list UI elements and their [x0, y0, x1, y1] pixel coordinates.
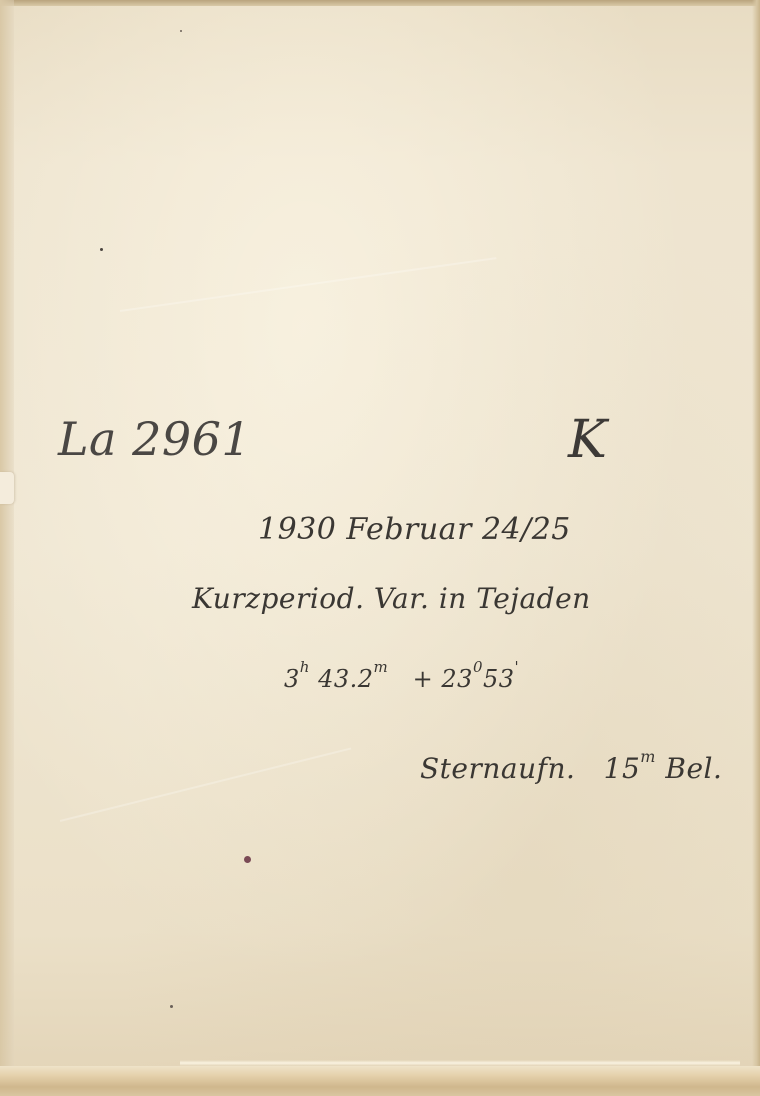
left-edge: [0, 0, 14, 1096]
ink-spot: [244, 856, 251, 863]
exposure-note: Bel.: [665, 752, 722, 785]
dec-sign: +: [413, 665, 434, 693]
date-line: 1930 Februar 24/25: [258, 512, 571, 547]
exposure-duration-unit: m: [640, 747, 656, 766]
ra-hours: 3: [284, 665, 300, 693]
exposure-duration: 15: [604, 752, 641, 785]
paper-crease: [60, 747, 352, 822]
catalog-id-text: La 2961: [58, 412, 251, 466]
dec-degrees: 23: [441, 665, 473, 693]
speck: [100, 248, 103, 251]
speck: [170, 1005, 173, 1008]
object-line: Kurzperiod. Var. in Tejaden: [192, 582, 591, 615]
document-sheet: La 2961 K 1930 Februar 24/25 Kurzperiod.…: [0, 0, 760, 1096]
speck: [180, 30, 182, 32]
ra-minutes: 43.2: [318, 665, 373, 693]
class-mark: K: [568, 410, 607, 470]
ra-minutes-unit: m: [374, 658, 389, 676]
top-edge: [0, 0, 760, 6]
dec-minutes-unit: ': [515, 658, 520, 676]
bottom-fold: [0, 1066, 760, 1096]
dec-degrees-unit: 0: [473, 658, 483, 676]
coordinates-line: 3h 43.2m + 23053': [284, 664, 519, 693]
exposure-line: Sternaufn. 15m Bel.: [420, 752, 722, 785]
exposure-label: Sternaufn.: [420, 752, 575, 785]
dec-minutes: 53: [483, 665, 515, 693]
right-edge: [752, 0, 760, 1096]
ra-hours-unit: h: [300, 658, 310, 676]
catalog-id: La 2961: [58, 412, 251, 466]
left-tab: [0, 472, 14, 504]
paper-crease: [120, 257, 497, 312]
